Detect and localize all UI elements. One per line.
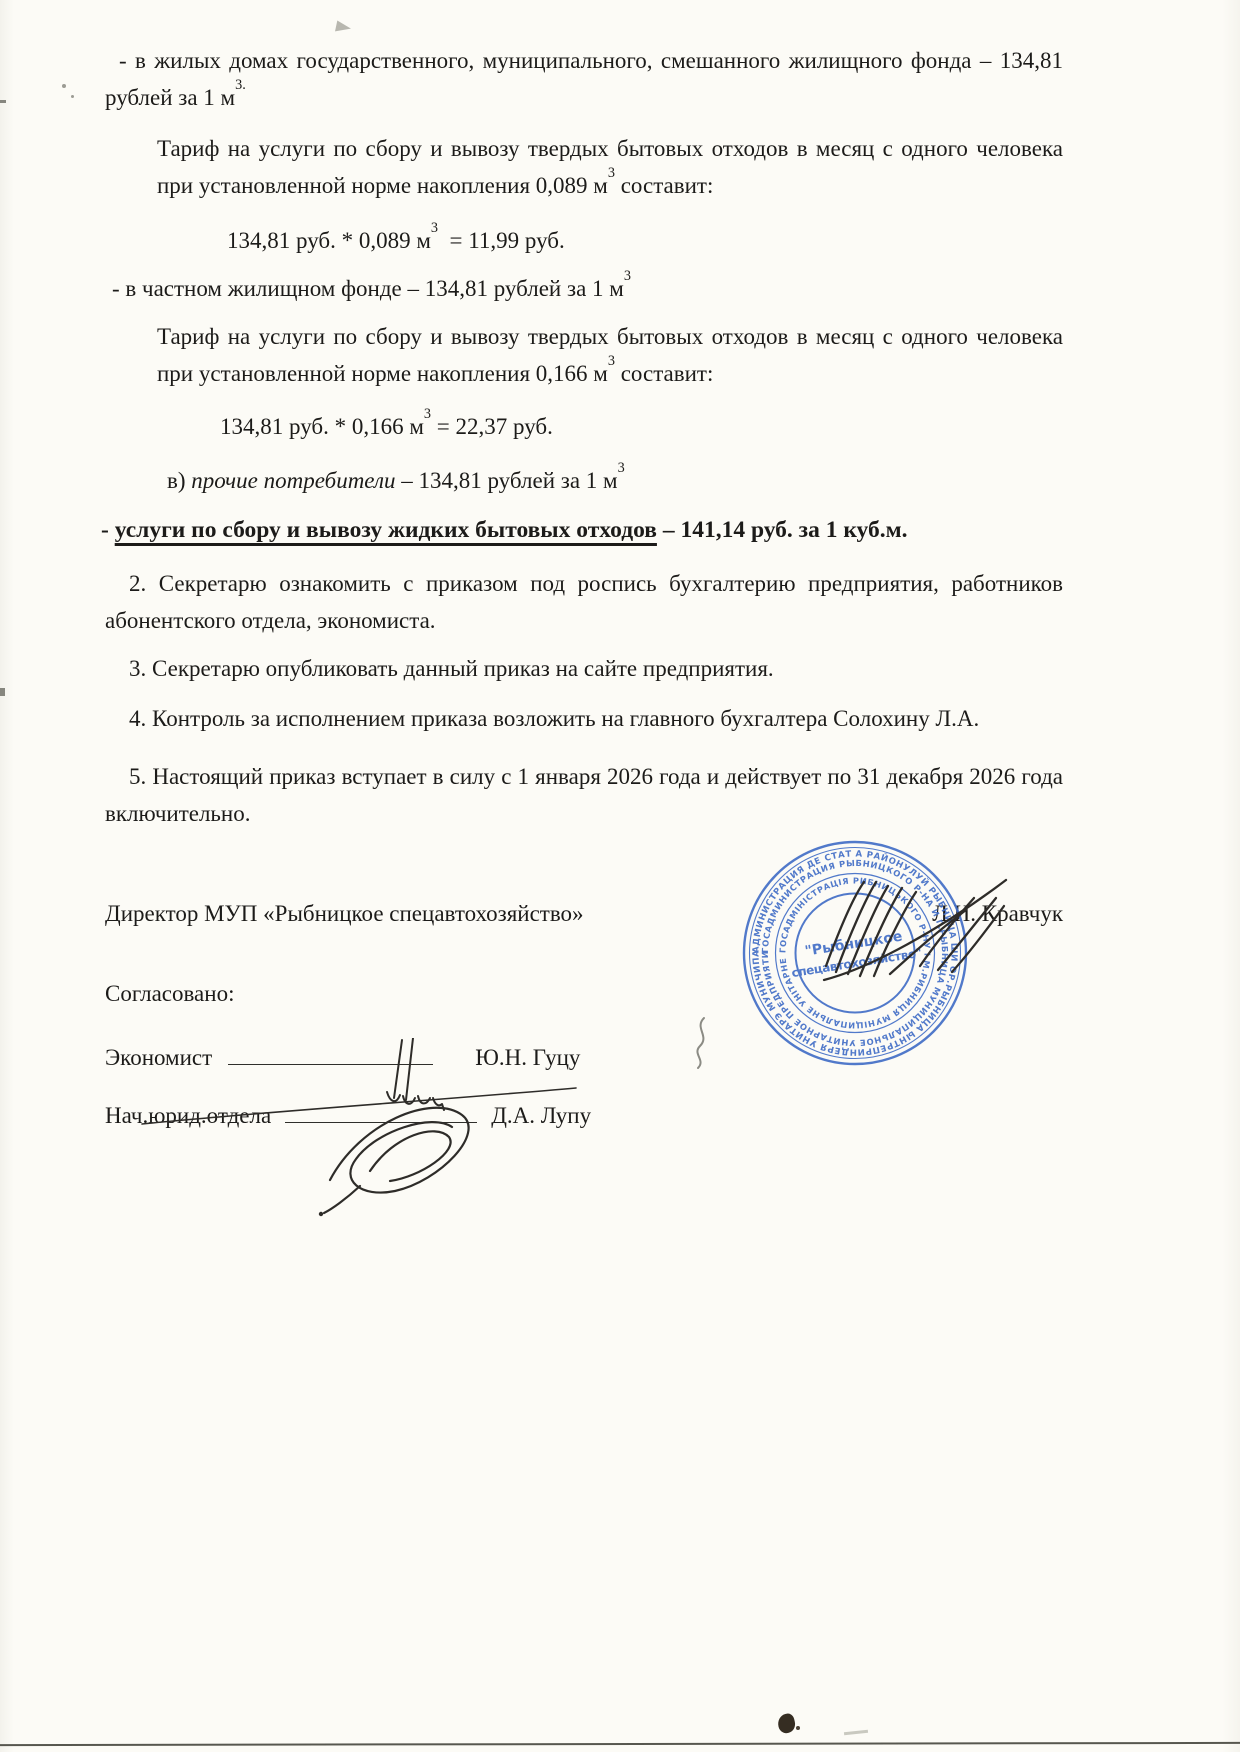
scanned-order-page: - в жилых домах государственного, муници… xyxy=(0,0,1240,1752)
ink-blot xyxy=(776,1712,797,1735)
para-item-5: 5. Настоящий приказ вступает в силу с 1 … xyxy=(105,758,1063,832)
director-label: Директор МУП «Рыбницкое спецавтохозяйств… xyxy=(105,895,584,932)
gray-dash xyxy=(844,1730,868,1735)
scan-edge-mark xyxy=(0,100,6,103)
formula-0089: 134,81 руб. * 0,089 м3 = 11,99 руб. xyxy=(227,222,1063,259)
ink-dot xyxy=(796,1726,800,1730)
formula-0166: 134,81 руб. * 0,166 м3 = 22,37 руб. xyxy=(220,408,1063,445)
scan-speck xyxy=(62,84,66,88)
para-item-4: 4. Контроль за исполнением приказа возло… xyxy=(105,700,1063,737)
para-other-consumers: в) прочие потребители – 134,81 рублей за… xyxy=(167,462,1063,499)
para-tariff-0166: Тариф на услуги по сбору и вывозу тверды… xyxy=(157,318,1063,392)
document-body: - в жилых домах государственного, муници… xyxy=(105,42,1063,832)
scan-bottom-edge-line xyxy=(0,1742,1240,1747)
director-signature xyxy=(820,868,1010,988)
para-tariff-0089: Тариф на услуги по сбору и вывозу тверды… xyxy=(157,130,1063,204)
para-item-2: 2. Секретарю ознакомить с приказом под р… xyxy=(105,565,1063,639)
scan-speck xyxy=(71,95,74,98)
para-housing-state: - в жилых домах государственного, муници… xyxy=(105,42,1063,116)
para-item-3: 3. Секретарю опубликовать данный приказ … xyxy=(105,650,1063,687)
para-private-fund: - в частном жилищном фонде – 134,81 рубл… xyxy=(112,270,1063,307)
legal-signature xyxy=(300,1085,500,1217)
stray-pen-curl xyxy=(688,1016,718,1072)
para-liquid-waste: - услуги по сбору и вывозу жидких бытовы… xyxy=(101,512,1063,549)
scan-edge-mark xyxy=(0,688,5,696)
